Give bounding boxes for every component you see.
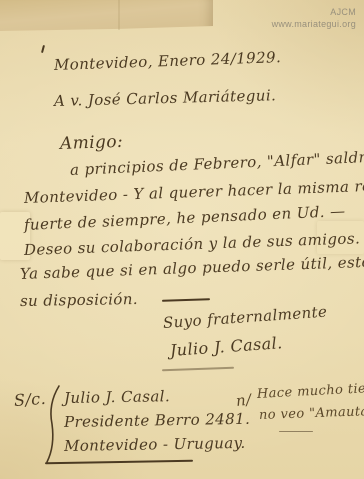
archive-watermark: AJCM www.mariategui.org: [272, 6, 356, 30]
tape-strip-top: [0, 0, 213, 31]
postscript-underline: [279, 431, 313, 432]
postscript-line: no veo "Amauta".: [259, 404, 364, 423]
watermark-url: www.mariategui.org: [272, 18, 356, 30]
address-line: Presidente Berro 2481.: [64, 410, 251, 431]
watermark-acronym: AJCM: [272, 6, 356, 18]
scanned-letter: AJCM www.mariategui.org Montevideo, Ener…: [0, 0, 364, 479]
recipient-line: A v. José Carlos Mariátegui.: [54, 86, 277, 110]
postscript-label: n/: [235, 390, 252, 410]
closing-line: Suyo fraternalmente: [162, 303, 327, 332]
address-brace: [45, 384, 61, 464]
address-underline: [45, 460, 193, 464]
salutation: Amigo:: [60, 132, 124, 154]
tape-seam: [118, 0, 120, 30]
pen-tick-mark: [41, 45, 45, 53]
address-label: S/c.: [13, 389, 46, 410]
postscript-line: Hace mucho tiempo: [257, 380, 364, 402]
dateline: Montevideo, Enero 24/1929.: [54, 48, 282, 74]
signature-underline: [162, 367, 234, 371]
signature: Julio J. Casal.: [169, 333, 283, 360]
address-line: Julio J. Casal.: [64, 387, 170, 407]
body-line: su disposición.: [20, 290, 138, 310]
body-line: Montevideo - Y al querer hacer la misma …: [24, 176, 364, 207]
body-line: fuerte de siempre, he pensado en Ud. —: [24, 202, 346, 234]
pen-dash: [162, 298, 210, 301]
address-line: Montevideo - Uruguay.: [64, 434, 246, 455]
